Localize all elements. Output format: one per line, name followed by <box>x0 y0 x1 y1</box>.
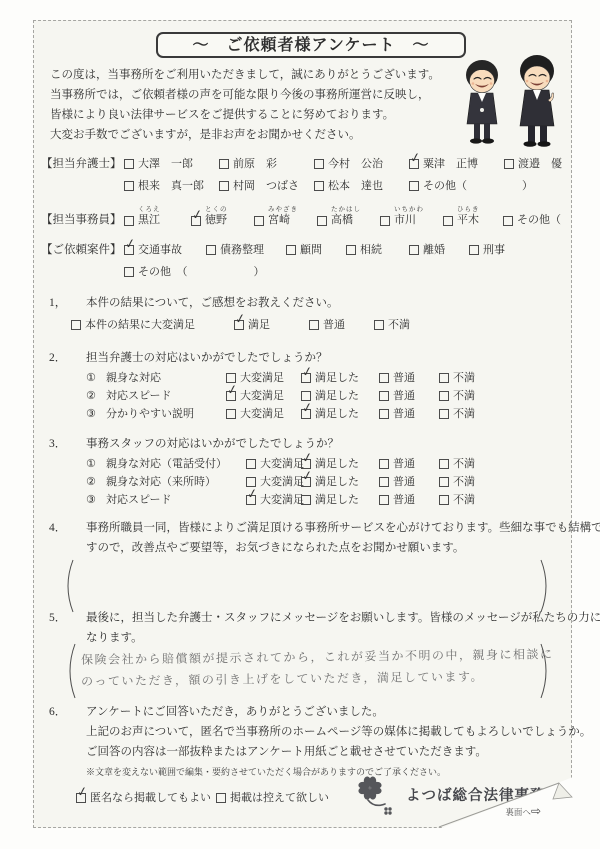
option-label: 大変満足 <box>260 493 304 507</box>
case-option: 刑事 <box>469 243 505 257</box>
q1-option: 満足 <box>234 318 309 332</box>
checkbox[interactable] <box>124 216 134 226</box>
option-label: 満足した <box>315 407 359 421</box>
case-option: 離婚 <box>409 243 469 257</box>
checkbox[interactable] <box>246 459 256 469</box>
rating-option: 普通 <box>379 457 439 471</box>
option-label: 満足 <box>248 318 270 332</box>
checkbox[interactable] <box>439 373 449 383</box>
row-number: ③ <box>86 407 106 421</box>
lawyer-option: 前原 彩 <box>219 157 314 171</box>
checkbox[interactable] <box>219 159 229 169</box>
checkbox[interactable] <box>503 216 513 226</box>
option-label: 掲載は控えて欲しい <box>230 791 329 805</box>
q2-row: ②対応スピード大変満足満足した普通不満 <box>86 389 475 403</box>
q3-text: 事務スタッフの対応はいかがでしたでしょうか？ <box>86 438 339 450</box>
case-option: 交通事故 <box>124 243 206 257</box>
clerk-option: くろえ黒江 <box>124 206 191 227</box>
rating-option: 不満 <box>439 457 475 471</box>
q2-row: ①親身な対応大変満足満足した普通不満 <box>86 371 475 385</box>
intro-line: 皆様により良い法律サービスをご提供することに努めております。 <box>50 105 440 125</box>
row-label: 対応スピード <box>106 389 226 403</box>
case-option: 相続 <box>346 243 409 257</box>
clerk-furigana: ひらき <box>457 206 480 213</box>
checkbox[interactable] <box>443 216 453 226</box>
checkbox[interactable] <box>234 320 244 330</box>
q1-option: 本件の結果に大変満足 <box>71 318 234 332</box>
q5-answer-paren-left <box>63 641 77 701</box>
rating-option: 普通 <box>379 475 439 489</box>
lawyer-option: 松本 達也 <box>314 179 409 193</box>
clerk-name: 宮崎 <box>268 213 290 227</box>
q6-text-line3: ご回答の内容は一部抜粋またはアンケート用紙ごと載せさせていただきます。 <box>86 745 487 759</box>
q1-heading: 1，本件の結果について，ご感想をお教えください。 <box>49 296 339 310</box>
lawyer-name: その他（ ） <box>423 179 533 193</box>
rating-option: 満足した <box>301 457 379 471</box>
lawyer-name: 村岡 つばさ <box>233 179 299 193</box>
case-name: 刑事 <box>483 243 505 257</box>
lawyer-name: 根来 真一郎 <box>138 179 204 193</box>
checkbox[interactable] <box>409 159 419 169</box>
rating-option: 不満 <box>439 407 475 421</box>
case-name: 顧問 <box>300 243 322 257</box>
row-number: ③ <box>86 493 106 507</box>
option-label: 普通 <box>393 389 415 403</box>
checkbox[interactable] <box>124 159 134 169</box>
lawyer-name: 大澤 一郎 <box>138 157 193 171</box>
checkbox[interactable] <box>409 245 419 255</box>
checkbox[interactable] <box>439 495 449 505</box>
q3-row: ②親身な対応（来所時）大変満足満足した普通不満 <box>86 475 475 489</box>
checkbox[interactable] <box>439 409 449 419</box>
q5-number: 5． <box>49 611 86 625</box>
option-label: 普通 <box>393 407 415 421</box>
checkbox[interactable] <box>374 320 384 330</box>
q4-heading: 4．事務所職員一同，皆様によりご満足頂ける事務所サービスを心がけております。些細… <box>49 521 600 535</box>
q3-heading: 3．事務スタッフの対応はいかがでしたでしょうか？ <box>49 437 339 451</box>
questionnaire-sheet: ～ ご依頼者様アンケート ～ この度は，当事務所をご利用いただきまして，誠にあり… <box>33 20 572 828</box>
q4-text-line1: 事務所職員一同，皆様によりご満足頂ける事務所サービスを心がけております。些細な事… <box>86 522 600 534</box>
checkbox[interactable] <box>379 391 389 401</box>
checkbox[interactable] <box>246 495 256 505</box>
q1-text: 本件の結果について，ご感想をお教えください。 <box>86 297 339 309</box>
q5-heading: 5．最後に，担当した弁護士・スタッフにメッセージをお願いします。皆様のメッセージ… <box>49 611 600 625</box>
lawyer-option: 今村 公治 <box>314 157 409 171</box>
rating-option: 普通 <box>379 389 439 403</box>
clerk-option: とくの徳野 <box>191 206 254 227</box>
clerk-name: 徳野 <box>205 213 227 227</box>
checkbox[interactable] <box>301 477 311 487</box>
clover-logo-icon <box>352 771 400 817</box>
back-arrow-icon: ⇨ <box>531 804 541 818</box>
rating-option: 大変満足 <box>226 389 301 403</box>
rating-option: 大変満足 <box>226 371 301 385</box>
checkbox[interactable] <box>226 391 236 401</box>
q6-heading: 6．アンケートにご回答いただき，ありがとうございました。 <box>49 705 384 719</box>
clerk-option: みやざき宮崎 <box>254 206 317 227</box>
checkbox[interactable] <box>286 245 296 255</box>
clerk-name: 平木 <box>457 213 479 227</box>
checkbox[interactable] <box>379 495 389 505</box>
q4-text-line2: すので，改善点やご要望等，お気づきになられた点をお聞かせ願います。 <box>86 541 464 555</box>
checkbox[interactable] <box>469 245 479 255</box>
clerk-furigana: くろえ <box>138 206 161 213</box>
option-label: 不満 <box>453 457 475 471</box>
publish-no-option: 掲載は控えて欲しい <box>216 791 329 805</box>
option-label: 不満 <box>453 493 475 507</box>
intro-line: 当事務所では，ご依頼者様の声を可能な限り今後の事務所運営に反映し， <box>50 85 440 105</box>
lawyer-name: 今村 公治 <box>328 157 383 171</box>
q6-text-line1: アンケートにご回答いただき，ありがとうございました。 <box>86 706 384 718</box>
rating-option: 不満 <box>439 493 475 507</box>
section-lawyers: 【担当弁護士】大澤 一郎前原 彩今村 公治粟津 正博渡邉 優 <box>41 157 562 171</box>
clerk-option: ひらき平木 <box>443 206 503 227</box>
checkbox[interactable] <box>346 245 356 255</box>
publish-ok-option: 匿名なら掲載してもよい <box>76 791 216 805</box>
lawyer-name: 松本 達也 <box>328 179 383 193</box>
option-label: 満足した <box>315 371 359 385</box>
clerks-label: 【担当事務員】 <box>41 213 124 227</box>
clerk-option: いちかわ市川 <box>380 206 443 227</box>
checkbox[interactable] <box>379 477 389 487</box>
checkbox[interactable] <box>301 409 311 419</box>
checkbox[interactable] <box>301 373 311 383</box>
rating-option: 満足した <box>301 475 379 489</box>
row-number: ② <box>86 389 106 403</box>
option-label: 満足した <box>315 457 359 471</box>
option-label: 普通 <box>393 493 415 507</box>
option-label: 普通 <box>393 457 415 471</box>
option-label: 不満 <box>388 318 410 332</box>
lawyer-option: 大澤 一郎 <box>124 157 219 171</box>
case-name: 債務整理 <box>220 243 264 257</box>
option-label: 大変満足 <box>260 457 304 471</box>
clerk-name: 高橋 <box>331 213 353 227</box>
case-name: 交通事故 <box>138 243 182 257</box>
option-label: 不満 <box>453 371 475 385</box>
checkbox[interactable] <box>439 391 449 401</box>
rating-option: 満足した <box>301 407 379 421</box>
q1-options: 本件の結果に大変満足満足普通不満 <box>71 318 410 332</box>
checkbox[interactable] <box>379 459 389 469</box>
clerk-option-other: その他（ ） <box>503 206 600 227</box>
option-label: 満足した <box>315 493 359 507</box>
rating-option: 普通 <box>379 407 439 421</box>
rating-option: 満足した <box>301 493 379 507</box>
q2-row: ③分かりやすい説明大変満足満足した普通不満 <box>86 407 475 421</box>
q5-answer-line2: のっていただき，額の引き上げをしていただき，満足しています。 <box>81 670 484 689</box>
checkbox[interactable] <box>124 181 134 191</box>
option-label: 大変満足 <box>240 371 284 385</box>
checkbox[interactable] <box>124 267 134 277</box>
checkbox[interactable] <box>409 181 419 191</box>
checkbox[interactable] <box>504 159 514 169</box>
option-label: 普通 <box>393 371 415 385</box>
intro-line: この度は，当事務所をご利用いただきまして，誠にありがとうございます。 <box>50 65 440 85</box>
q2-heading: 2．担当弁護士の対応はいかがでしたでしょうか？ <box>49 351 328 365</box>
checkbox[interactable] <box>71 320 81 330</box>
row-label: 親身な対応 <box>106 371 226 385</box>
q5-answer-paren-right <box>539 641 553 701</box>
checkbox[interactable] <box>314 159 324 169</box>
checkbox[interactable] <box>379 409 389 419</box>
case-name: 相続 <box>360 243 382 257</box>
checkbox[interactable] <box>124 245 134 255</box>
checkbox[interactable] <box>379 373 389 383</box>
case-name: その他 （ ） <box>138 265 265 279</box>
checkbox[interactable] <box>439 477 449 487</box>
q2-number: 2． <box>49 351 86 365</box>
checkbox[interactable] <box>76 793 86 803</box>
rating-option: 不満 <box>439 475 475 489</box>
checkbox[interactable] <box>219 181 229 191</box>
checkbox[interactable] <box>309 320 319 330</box>
intro-line: 大変お手数でございますが，是非お声をお聞かせください。 <box>50 125 440 145</box>
lawyer-name: 粟津 正博 <box>423 157 478 171</box>
lawyer-name: 前原 彩 <box>233 157 277 171</box>
q3-number: 3． <box>49 437 86 451</box>
page-title: ～ ご依頼者様アンケート ～ <box>156 32 466 58</box>
q1-option: 不満 <box>374 318 410 332</box>
rating-option: 不満 <box>439 389 475 403</box>
intro-text: この度は，当事務所をご利用いただきまして，誠にありがとうございます。 当事務所で… <box>50 65 440 145</box>
rating-option: 大変満足 <box>246 457 301 471</box>
checkbox[interactable] <box>314 181 324 191</box>
checkbox[interactable] <box>301 495 311 505</box>
clerk-name: 黒江 <box>138 213 160 227</box>
clerk-furigana: たかはし <box>331 206 361 213</box>
q1-number: 1， <box>49 296 86 310</box>
rating-option: 普通 <box>379 493 439 507</box>
option-label: 満足した <box>315 389 359 403</box>
q5-answer-line1: 保険会社から賠償額が提示されてから，これが妥当か不明の中，親身に相談に <box>81 647 554 667</box>
lawyers-label: 【担当弁護士】 <box>41 157 124 171</box>
option-label: 不満 <box>453 389 475 403</box>
rating-option: 満足した <box>301 371 379 385</box>
q4-number: 4． <box>49 521 86 535</box>
q4-answer-paren-left <box>61 557 75 615</box>
clerk-furigana: とくの <box>205 206 228 213</box>
lawyer-option-other: その他（ ） <box>409 179 533 193</box>
option-label: 大変満足 <box>240 389 284 403</box>
option-label: 大変満足 <box>240 407 284 421</box>
lawyer-option: 渡邉 優 <box>504 157 562 171</box>
option-label: 大変満足 <box>260 475 304 489</box>
checkbox[interactable] <box>380 216 390 226</box>
checkbox[interactable] <box>226 409 236 419</box>
clerk-furigana: いちかわ <box>394 206 424 213</box>
rating-option: 普通 <box>379 371 439 385</box>
section-clerks: 【担当事務員】くろえ黒江とくの徳野みやざき宮崎たかはし高橋いちかわ市川ひらき平木… <box>41 206 600 227</box>
row-label: 対応スピード <box>106 493 246 507</box>
back-page-label: 裏面へ⇨ <box>505 804 541 819</box>
q6-number: 6． <box>49 705 86 719</box>
row-label: 親身な対応（来所時） <box>106 475 246 489</box>
section-cases-row2: その他 （ ） <box>124 265 265 279</box>
q4-answer-paren-right <box>539 557 553 615</box>
clerk-option: たかはし高橋 <box>317 206 380 227</box>
checkbox[interactable] <box>216 793 226 803</box>
case-option: 債務整理 <box>206 243 286 257</box>
option-label: 不満 <box>453 407 475 421</box>
case-option: 顧問 <box>286 243 346 257</box>
q5-text-line1: 最後に，担当した弁護士・スタッフにメッセージをお願いします。皆様のメッセージが私… <box>86 612 600 624</box>
q3-row: ③対応スピード大変満足満足した普通不満 <box>86 493 475 507</box>
option-label: 普通 <box>323 318 345 332</box>
row-label: 親身な対応（電話受付） <box>106 457 246 471</box>
q5-text-line2: なります。 <box>86 631 143 645</box>
case-name: 離婚 <box>423 243 445 257</box>
rating-option: 大変満足 <box>246 493 301 507</box>
section-cases: 【ご依頼案件】交通事故債務整理顧問相続離婚刑事 <box>41 243 505 257</box>
row-number: ② <box>86 475 106 489</box>
checkbox[interactable] <box>191 216 201 226</box>
clerk-name: その他（ ） <box>517 213 600 227</box>
checkbox[interactable] <box>317 216 327 226</box>
checkbox[interactable] <box>439 459 449 469</box>
checkbox[interactable] <box>254 216 264 226</box>
publish-options: 匿名なら掲載してもよい掲載は控えて欲しい <box>76 791 329 805</box>
row-number: ① <box>86 371 106 385</box>
case-option-other: その他 （ ） <box>124 265 265 279</box>
clerk-name: 市川 <box>394 213 416 227</box>
row-number: ① <box>86 457 106 471</box>
cases-label: 【ご依頼案件】 <box>41 243 124 257</box>
q1-option: 普通 <box>309 318 374 332</box>
lawyer-option: 根来 真一郎 <box>124 179 219 193</box>
cartoon-lawyers-illustration <box>455 54 567 156</box>
option-label: 本件の結果に大変満足 <box>85 318 195 332</box>
lawyer-option: 粟津 正博 <box>409 157 504 171</box>
row-label: 分かりやすい説明 <box>106 407 226 421</box>
q3-row: ①親身な対応（電話受付）大変満足満足した普通不満 <box>86 457 475 471</box>
page-fold-icon <box>423 773 573 829</box>
section-lawyers-row2: 根来 真一郎村岡 つばさ松本 達也その他（ ） <box>124 179 533 193</box>
rating-option: 不満 <box>439 371 475 385</box>
rating-option: 大変満足 <box>226 407 301 421</box>
lawyer-name: 渡邉 優 <box>518 157 562 171</box>
q6-text-line2: 上記のお声について，匿名で当事務所のホームページ等の媒体に掲載してもよろしいでし… <box>86 725 591 739</box>
checkbox[interactable] <box>206 245 216 255</box>
rating-option: 満足した <box>301 389 379 403</box>
option-label: 普通 <box>393 475 415 489</box>
option-label: 匿名なら掲載してもよい <box>90 791 211 805</box>
option-label: 不満 <box>453 475 475 489</box>
back-page-text: 裏面へ <box>505 807 531 817</box>
q2-text: 担当弁護士の対応はいかがでしたでしょうか？ <box>86 352 328 364</box>
clerk-furigana: みやざき <box>268 206 298 213</box>
lawyer-option: 村岡 つばさ <box>219 179 314 193</box>
option-label: 満足した <box>315 475 359 489</box>
